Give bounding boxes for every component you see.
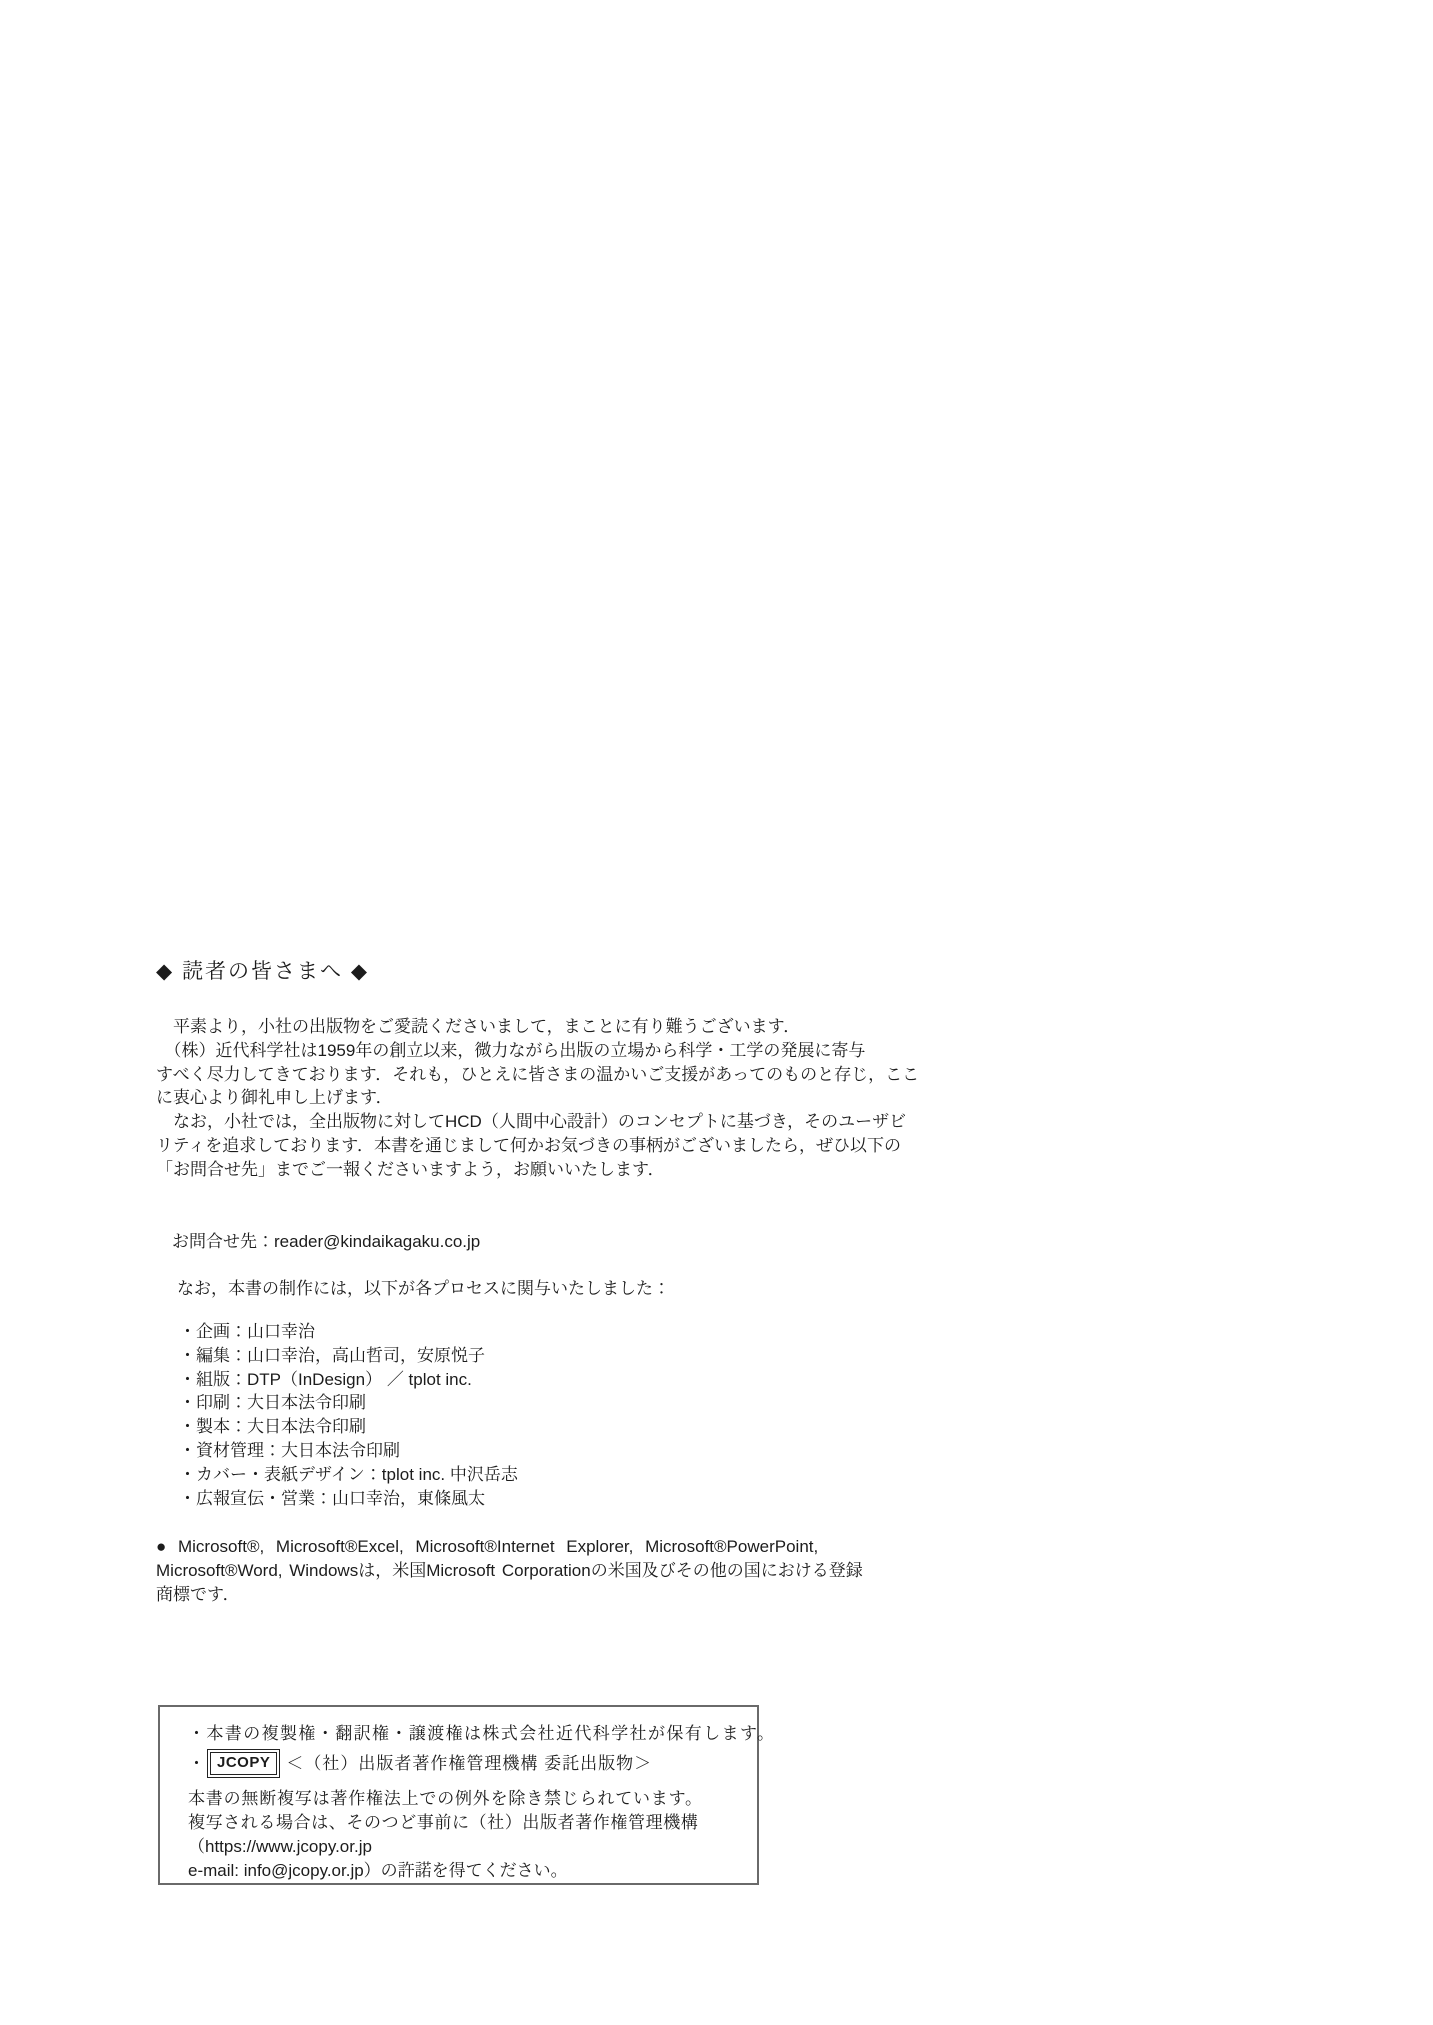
jcopy-bullet: ・ (188, 1752, 205, 1776)
intro-line: （株）近代科学社は1959年の創立以来，微力ながら出版の立場から科学・工学の発展… (156, 1039, 919, 1063)
intro-line: 平素より，小社の出版物をご愛読くださいまして，まことに有り難うございます． (156, 1015, 919, 1039)
copyright-box: ・本書の複製権・翻訳権・譲渡権は株式会社近代科学社が保有します。 ・ JCOPY… (158, 1705, 759, 1885)
jcopy-url-line: （https://www.jcopy.or.jp (188, 1835, 743, 1859)
copyright-rights-line: ・本書の複製権・翻訳権・譲渡権は株式会社近代科学社が保有します。 (188, 1722, 743, 1746)
jcopy-description: ＜（社）出版者著作権管理機構 委託出版物＞ (286, 1752, 652, 1776)
process-item: ・広報宣伝・営業：山口幸治，東條風太 (179, 1487, 518, 1511)
trademark-note: ● Microsoft®, Microsoft®Excel, Microsoft… (156, 1535, 928, 1608)
intro-line: に衷心より御礼申し上げます． (156, 1086, 919, 1110)
process-item: ・印刷：大日本法令印刷 (179, 1391, 518, 1415)
intro-paragraphs: 平素より，小社の出版物をご愛読くださいまして，まことに有り難うございます． （株… (156, 1015, 919, 1182)
process-list: ・企画：山口幸治 ・編集：山口幸治，高山哲司，安原悦子 ・組版：DTP（InDe… (179, 1320, 518, 1510)
process-item: ・企画：山口幸治 (179, 1320, 518, 1344)
copy-prohibition-line: 本書の無断複写は著作権法上での例外を除き禁じられています。 (188, 1787, 743, 1811)
contact-label: お問合せ先： (172, 1232, 274, 1251)
trademark-line: 商標です． (156, 1583, 928, 1607)
trademark-line: Microsoft®Word, Windowsは，米国Microsoft Cor… (156, 1559, 928, 1583)
process-item: ・資材管理：大日本法令印刷 (179, 1439, 518, 1463)
process-item: ・組版：DTP（InDesign） ／ tplot inc. (179, 1368, 518, 1392)
process-item: ・カバー・表紙デザイン：tplot inc. 中沢岳志 (179, 1463, 518, 1487)
contact-email: reader@kindaikagaku.co.jp (274, 1232, 480, 1251)
contact-line: お問合せ先：reader@kindaikagaku.co.jp (172, 1227, 480, 1252)
trademark-line: ● Microsoft®, Microsoft®Excel, Microsoft… (156, 1535, 928, 1559)
intro-line: すべく尽力してきております．それも，ひとえに皆さまの温かいご支援があってのものと… (156, 1063, 919, 1087)
process-item: ・製本：大日本法令印刷 (179, 1415, 518, 1439)
jcopy-logo-text: JCOPY (210, 1752, 277, 1775)
copy-procedure-line: 複写される場合は、そのつど事前に（社）出版者著作権管理機構 (188, 1811, 743, 1835)
intro-line: 「お問合せ先」までご一報くださいますよう，お願いいたします． (156, 1158, 919, 1182)
colophon-page: ◆ 読者の皆さまへ ◆ 平素より，小社の出版物をご愛読くださいまして，まことに有… (0, 0, 1433, 2025)
jcopy-email-line: e-mail: info@jcopy.or.jp）の許諾を得てください。 (188, 1859, 743, 1883)
intro-line: リティを追求しております．本書を通じまして何かお気づきの事柄がございましたら，ぜ… (156, 1134, 919, 1158)
process-intro: なお，本書の制作には，以下が各プロセスに関与いたしました： (177, 1274, 670, 1299)
jcopy-logo: JCOPY (207, 1749, 280, 1778)
intro-line: なお，小社では，全出版物に対してHCD（人間中心設計）のコンセプトに基づき，その… (156, 1110, 919, 1134)
process-item: ・編集：山口幸治，高山哲司，安原悦子 (179, 1344, 518, 1368)
jcopy-line: ・ JCOPY ＜（社）出版者著作権管理機構 委託出版物＞ (188, 1749, 743, 1778)
readers-heading: ◆ 読者の皆さまへ ◆ (156, 955, 369, 985)
